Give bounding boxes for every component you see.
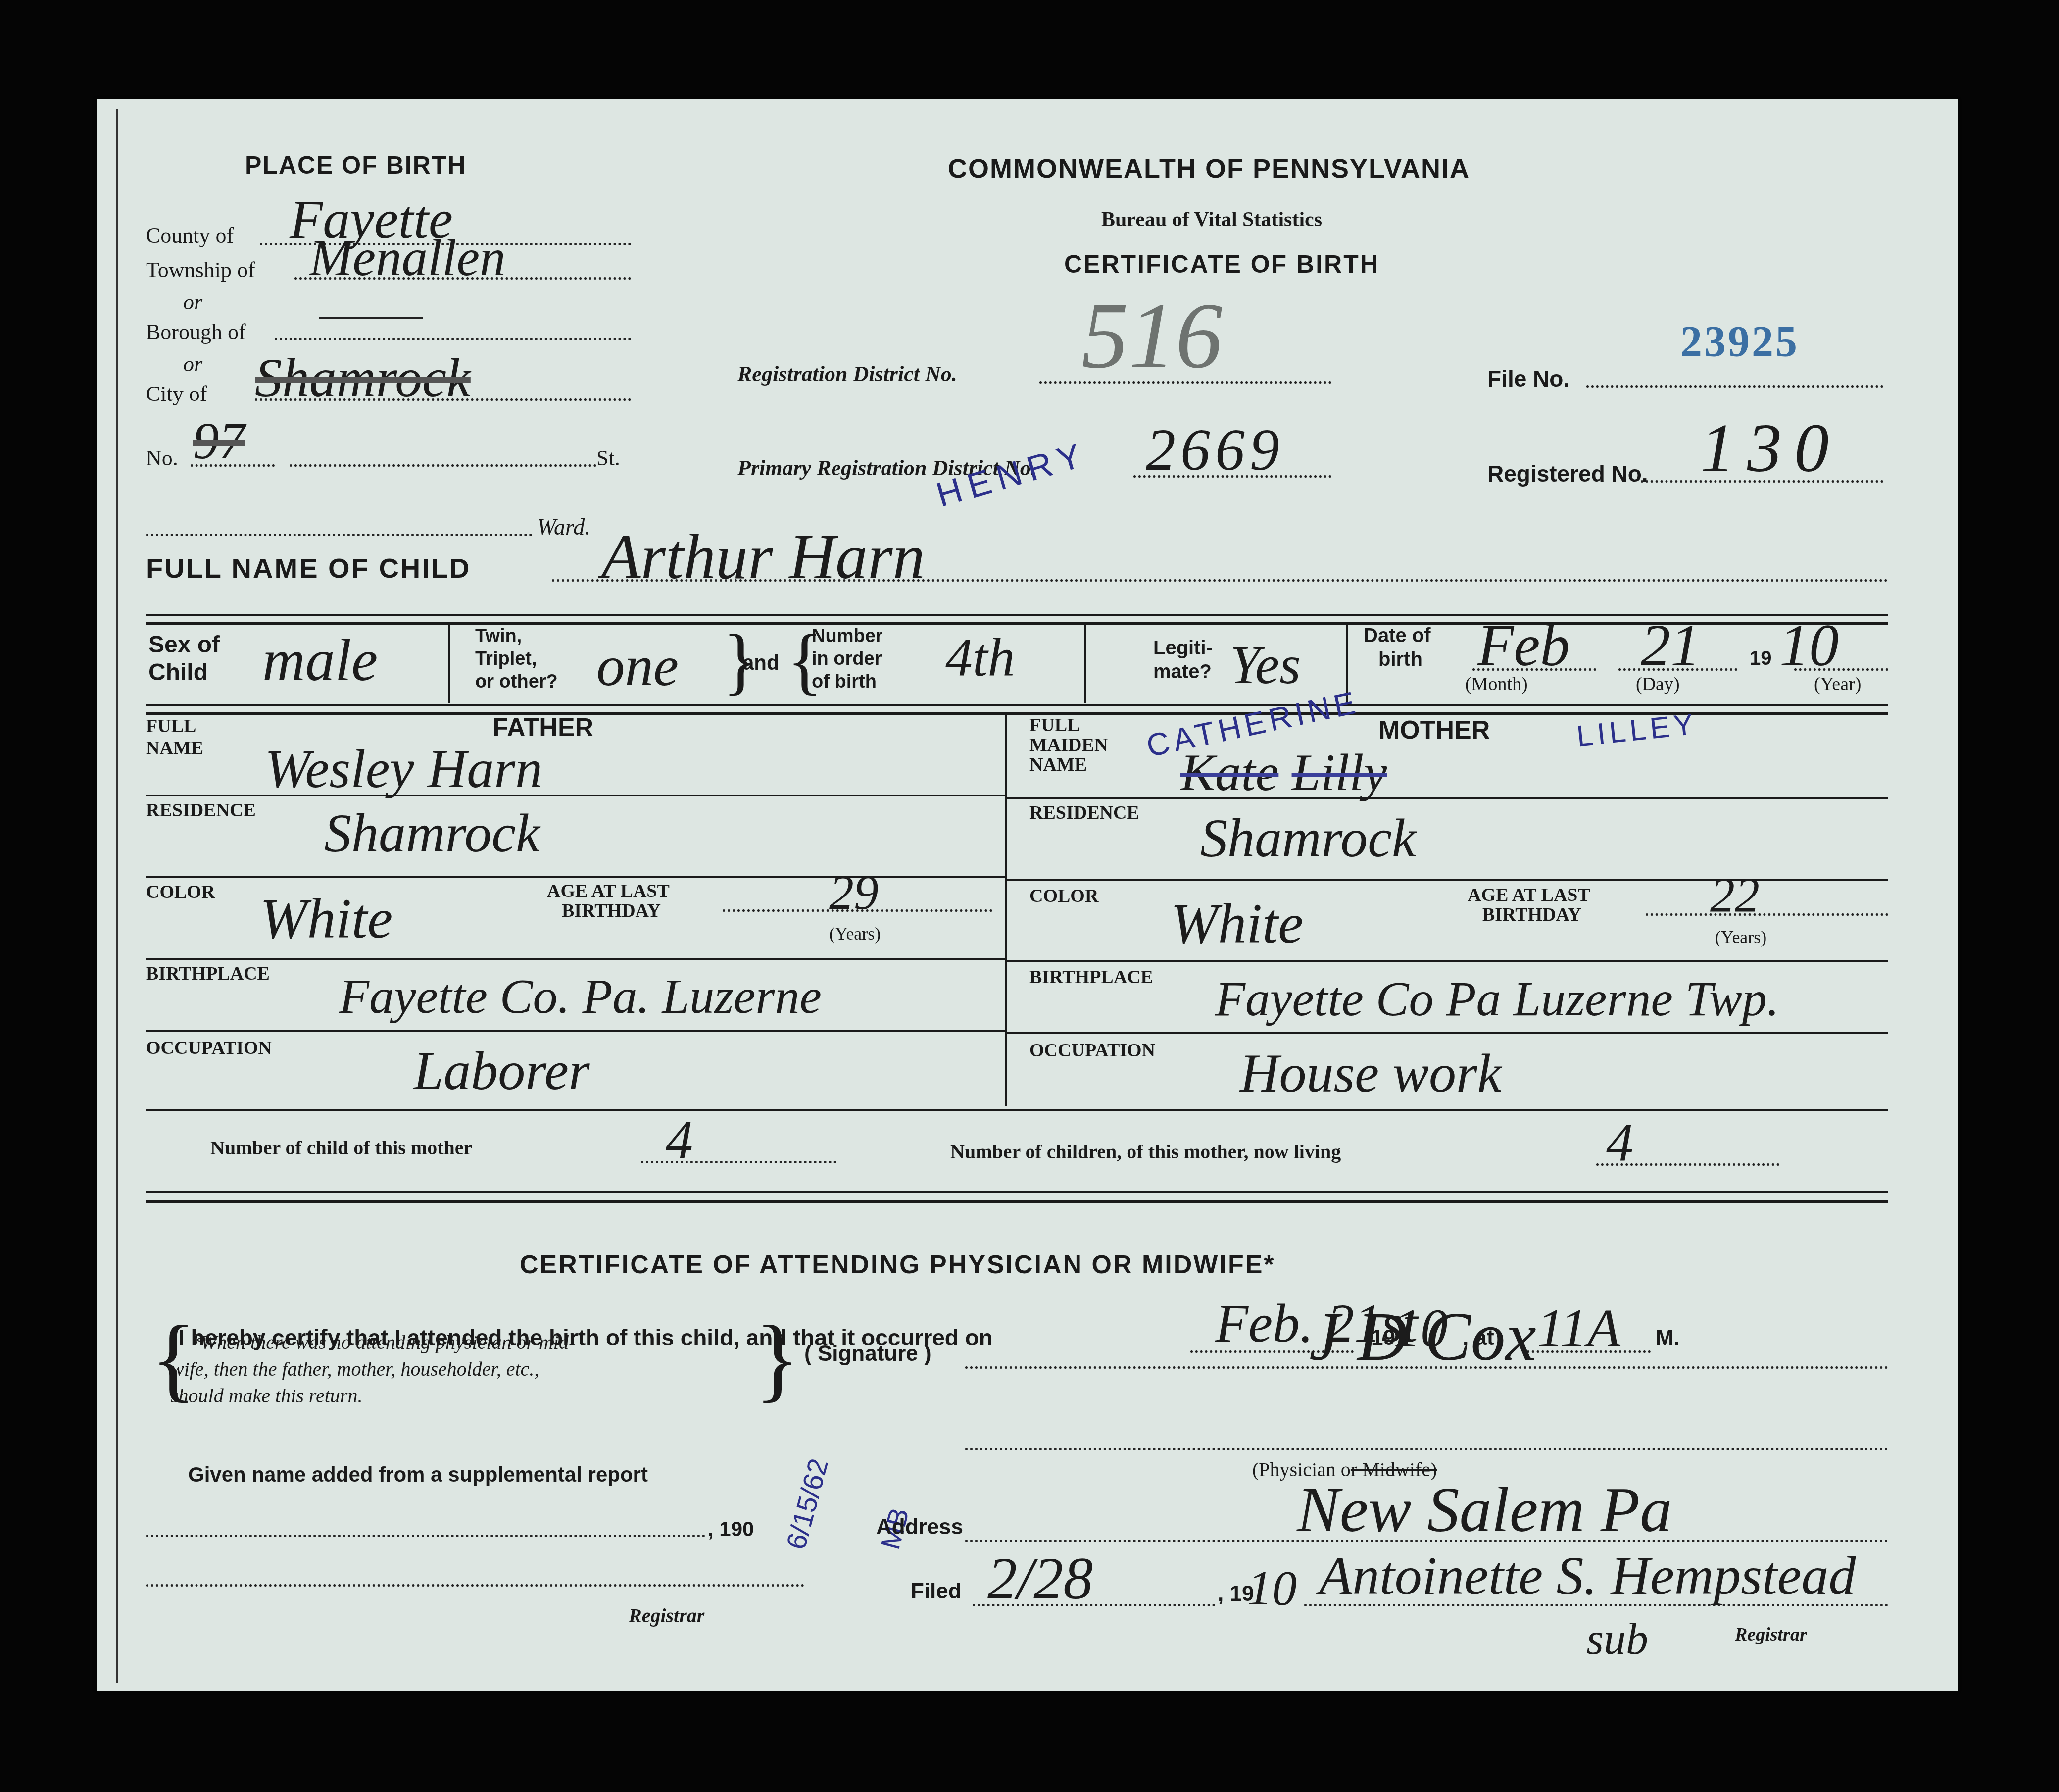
father-name-label: FULL NAME [146, 715, 203, 759]
row-rule [146, 795, 1005, 796]
mother-age-line [1646, 913, 1888, 916]
ward-line [146, 534, 532, 536]
birth-certificate: PLACE OF BIRTH County of Fayette Townshi… [97, 99, 1958, 1691]
father-years-caption: (Years) [829, 923, 881, 944]
father-name-label-line-1: FULL [146, 715, 203, 737]
county-label: County of [146, 223, 234, 248]
borough-dash [319, 317, 423, 319]
month-caption: (Month) [1465, 673, 1528, 695]
place-of-birth-title: PLACE OF BIRTH [245, 151, 466, 180]
sex-label-line-2: Child [148, 659, 220, 687]
supplemental-name-line [146, 1535, 705, 1537]
mother-birthplace-value: Fayette Co Pa Luzerne Twp. [1215, 970, 1779, 1027]
street-no-value: 97 [193, 411, 245, 471]
row-rule [146, 622, 1888, 625]
father-age-label: AGE AT LAST BIRTHDAY [547, 881, 670, 921]
or-label-2: or [183, 351, 202, 377]
mother-years-caption: (Years) [1715, 927, 1766, 947]
street-no-label: No. [146, 446, 178, 471]
father-occupation-label: OCCUPATION [146, 1037, 272, 1059]
fold-line [116, 109, 118, 1683]
row-rule [146, 1191, 1888, 1193]
city-value: Shamrock [255, 347, 471, 409]
supplemental-annotation-date: 6/15/62 [780, 1455, 834, 1553]
twin-label-line-2: Triplet, [475, 647, 558, 670]
mother-color-label: COLOR [1029, 885, 1098, 907]
mother-name-label-line-3: NAME [1029, 755, 1108, 775]
mother-name-value: Kate Lilly [1180, 743, 1387, 802]
am-pm-label: M. [1656, 1326, 1680, 1350]
registered-no-value: 130 [1700, 408, 1841, 488]
row-rule [146, 1030, 1005, 1032]
borough-line [275, 338, 631, 340]
ward-label: Ward. [537, 514, 590, 540]
mother-name-label: FULL MAIDEN NAME [1029, 715, 1108, 775]
sex-label: Sex of Child [148, 631, 220, 687]
father-age-label-line-1: AGE AT LAST [547, 881, 670, 901]
city-label: City of [146, 381, 207, 406]
twin-label-line-3: or other? [475, 670, 558, 693]
occurred-time: 11A [1537, 1297, 1620, 1360]
child-name-correction: HENRY [932, 434, 1092, 515]
mother-age-label-line-2: BIRTHDAY [1468, 905, 1590, 925]
child-number-label: Number of child of this mother [210, 1136, 472, 1159]
dob-month: Feb [1477, 611, 1570, 680]
mother-occupation-value: House work [1240, 1042, 1502, 1105]
father-color-value: White [260, 886, 392, 951]
commonwealth-title: COMMONWEALTH OF PENNSYLVANIA [948, 153, 1470, 184]
mother-age-label-line-1: AGE AT LAST [1468, 885, 1590, 905]
township-value: Menallen [309, 228, 506, 288]
dob-label: Date of birth [1364, 624, 1431, 671]
footnote-line-1: *When there was no attending physician o… [171, 1329, 740, 1356]
order-label-line-1: Number [812, 625, 883, 647]
address-value: New Salem Pa [1297, 1473, 1672, 1547]
sex-value: male [262, 626, 378, 695]
column-divider [448, 624, 450, 703]
father-age-label-line-2: BIRTHDAY [547, 901, 670, 921]
child-name-label: FULL NAME OF CHILD [146, 552, 471, 584]
legitimate-label: Legiti- mate? [1153, 636, 1213, 684]
file-no-stamp: 23925 [1680, 317, 1799, 367]
child-number-value: 4 [666, 1109, 693, 1172]
father-residence-label: RESIDENCE [146, 799, 256, 821]
filed-label: Filed [911, 1579, 962, 1604]
sex-label-line-1: Sex of [148, 631, 220, 659]
street-label: St. [596, 446, 620, 471]
supplemental-registrar-line [146, 1584, 804, 1587]
father-birthplace-label: BIRTHPLACE [146, 963, 270, 985]
year-caption: (Year) [1814, 673, 1861, 695]
children-living-label: Number of children, of this mother, now … [950, 1140, 1341, 1163]
order-label-line-3: of birth [812, 670, 883, 693]
children-living-value: 4 [1606, 1111, 1633, 1174]
dob-label-line-2: birth [1364, 647, 1431, 671]
supplemental-registrar-caption: Registrar [629, 1604, 704, 1627]
borough-label: Borough of [146, 319, 246, 345]
row-rule [146, 1200, 1888, 1203]
registrar-caption: Registrar [1735, 1624, 1807, 1645]
street-line [290, 464, 596, 467]
mother-name-label-line-1: FULL [1029, 715, 1108, 735]
birth-order-label: Number in order of birth [812, 625, 883, 693]
footnote-line-3: should make this return. [171, 1383, 740, 1409]
row-rule [1007, 960, 1888, 962]
footnote-text: *When there was no attending physician o… [171, 1329, 740, 1409]
mother-occupation-label: OCCUPATION [1029, 1040, 1155, 1061]
twin-label: Twin, Triplet, or other? [475, 625, 558, 693]
father-age-value: 29 [829, 864, 879, 921]
primary-district-value: 2669 [1146, 416, 1284, 484]
file-no-line [1586, 385, 1883, 388]
physician-second-line [965, 1448, 1888, 1450]
file-no-label: File No. [1487, 365, 1569, 392]
mother-section-title: MOTHER [1378, 715, 1490, 745]
filed-date: 2/28 [987, 1544, 1093, 1613]
row-rule [1007, 1032, 1888, 1034]
dob-day: 21 [1641, 611, 1700, 680]
registration-district-value: 516 [1081, 282, 1223, 390]
dob-label-line-1: Date of [1364, 624, 1431, 647]
father-name-value: Wesley Harn [265, 738, 542, 800]
father-name-label-line-2: NAME [146, 737, 203, 759]
mother-birthplace-label: BIRTHPLACE [1029, 966, 1153, 988]
legitimate-value: Yes [1230, 634, 1301, 697]
township-label: Township of [146, 257, 255, 283]
dob-year: 10 [1779, 611, 1839, 680]
father-occupation-value: Laborer [413, 1040, 590, 1102]
or-label-1: or [183, 290, 202, 315]
order-label-line-2: in order [812, 647, 883, 670]
bureau-title: Bureau of Vital Statistics [1101, 208, 1322, 232]
legit-label-line-1: Legiti- [1153, 636, 1213, 660]
row-rule [1007, 797, 1888, 799]
registration-district-label: Registration District No. [737, 361, 957, 387]
supplemental-year-prefix: , 190 [708, 1517, 754, 1541]
filed-year: 10 [1247, 1559, 1297, 1616]
registrar-signature: Antoinette S. Hempstead [1319, 1544, 1856, 1607]
column-divider [1084, 624, 1086, 703]
day-caption: (Day) [1636, 673, 1680, 695]
physician-signature: J D Cox [1309, 1297, 1536, 1377]
twin-label-line-1: Twin, [475, 625, 558, 647]
dob-year-prefix: 19 [1750, 647, 1772, 670]
parents-divider [1005, 715, 1007, 1106]
supplemental-label: Given name added from a supplemental rep… [188, 1463, 648, 1487]
mother-name-label-line-2: MAIDEN [1029, 735, 1108, 755]
row-rule [146, 958, 1005, 960]
row-rule [146, 614, 1888, 616]
address-label: Address [876, 1515, 963, 1540]
row-rule [146, 704, 1888, 706]
mother-residence-label: RESIDENCE [1029, 802, 1139, 824]
registrar-suffix: sub [1586, 1614, 1648, 1665]
twin-value: one [596, 634, 679, 699]
signature-label: ( Signature ) [804, 1342, 931, 1366]
footnote-brace-right: } [755, 1312, 800, 1406]
certificate-title: CERTIFICATE OF BIRTH [1064, 250, 1379, 279]
birth-order-value: 4th [945, 626, 1015, 689]
mother-color-value: White [1171, 891, 1303, 956]
mother-residence-value: Shamrock [1200, 807, 1416, 870]
child-name-value: Arthur Harn [601, 520, 925, 594]
mother-age-value: 22 [1710, 866, 1760, 923]
physician-section-title: CERTIFICATE OF ATTENDING PHYSICIAN OR MI… [520, 1250, 1275, 1280]
mother-last-name-struck: Lilly [1292, 744, 1387, 801]
father-residence-value: Shamrock [324, 802, 540, 865]
father-color-label: COLOR [146, 881, 215, 903]
father-birthplace-value: Fayette Co. Pa. Luzerne [339, 968, 822, 1025]
registered-no-label: Registered No. [1487, 460, 1648, 487]
and-label: and [742, 651, 780, 675]
footnote-line-2: wife, then the father, mother, household… [171, 1356, 740, 1383]
legit-label-line-2: mate? [1153, 660, 1213, 684]
mother-age-label: AGE AT LAST BIRTHDAY [1468, 885, 1590, 925]
